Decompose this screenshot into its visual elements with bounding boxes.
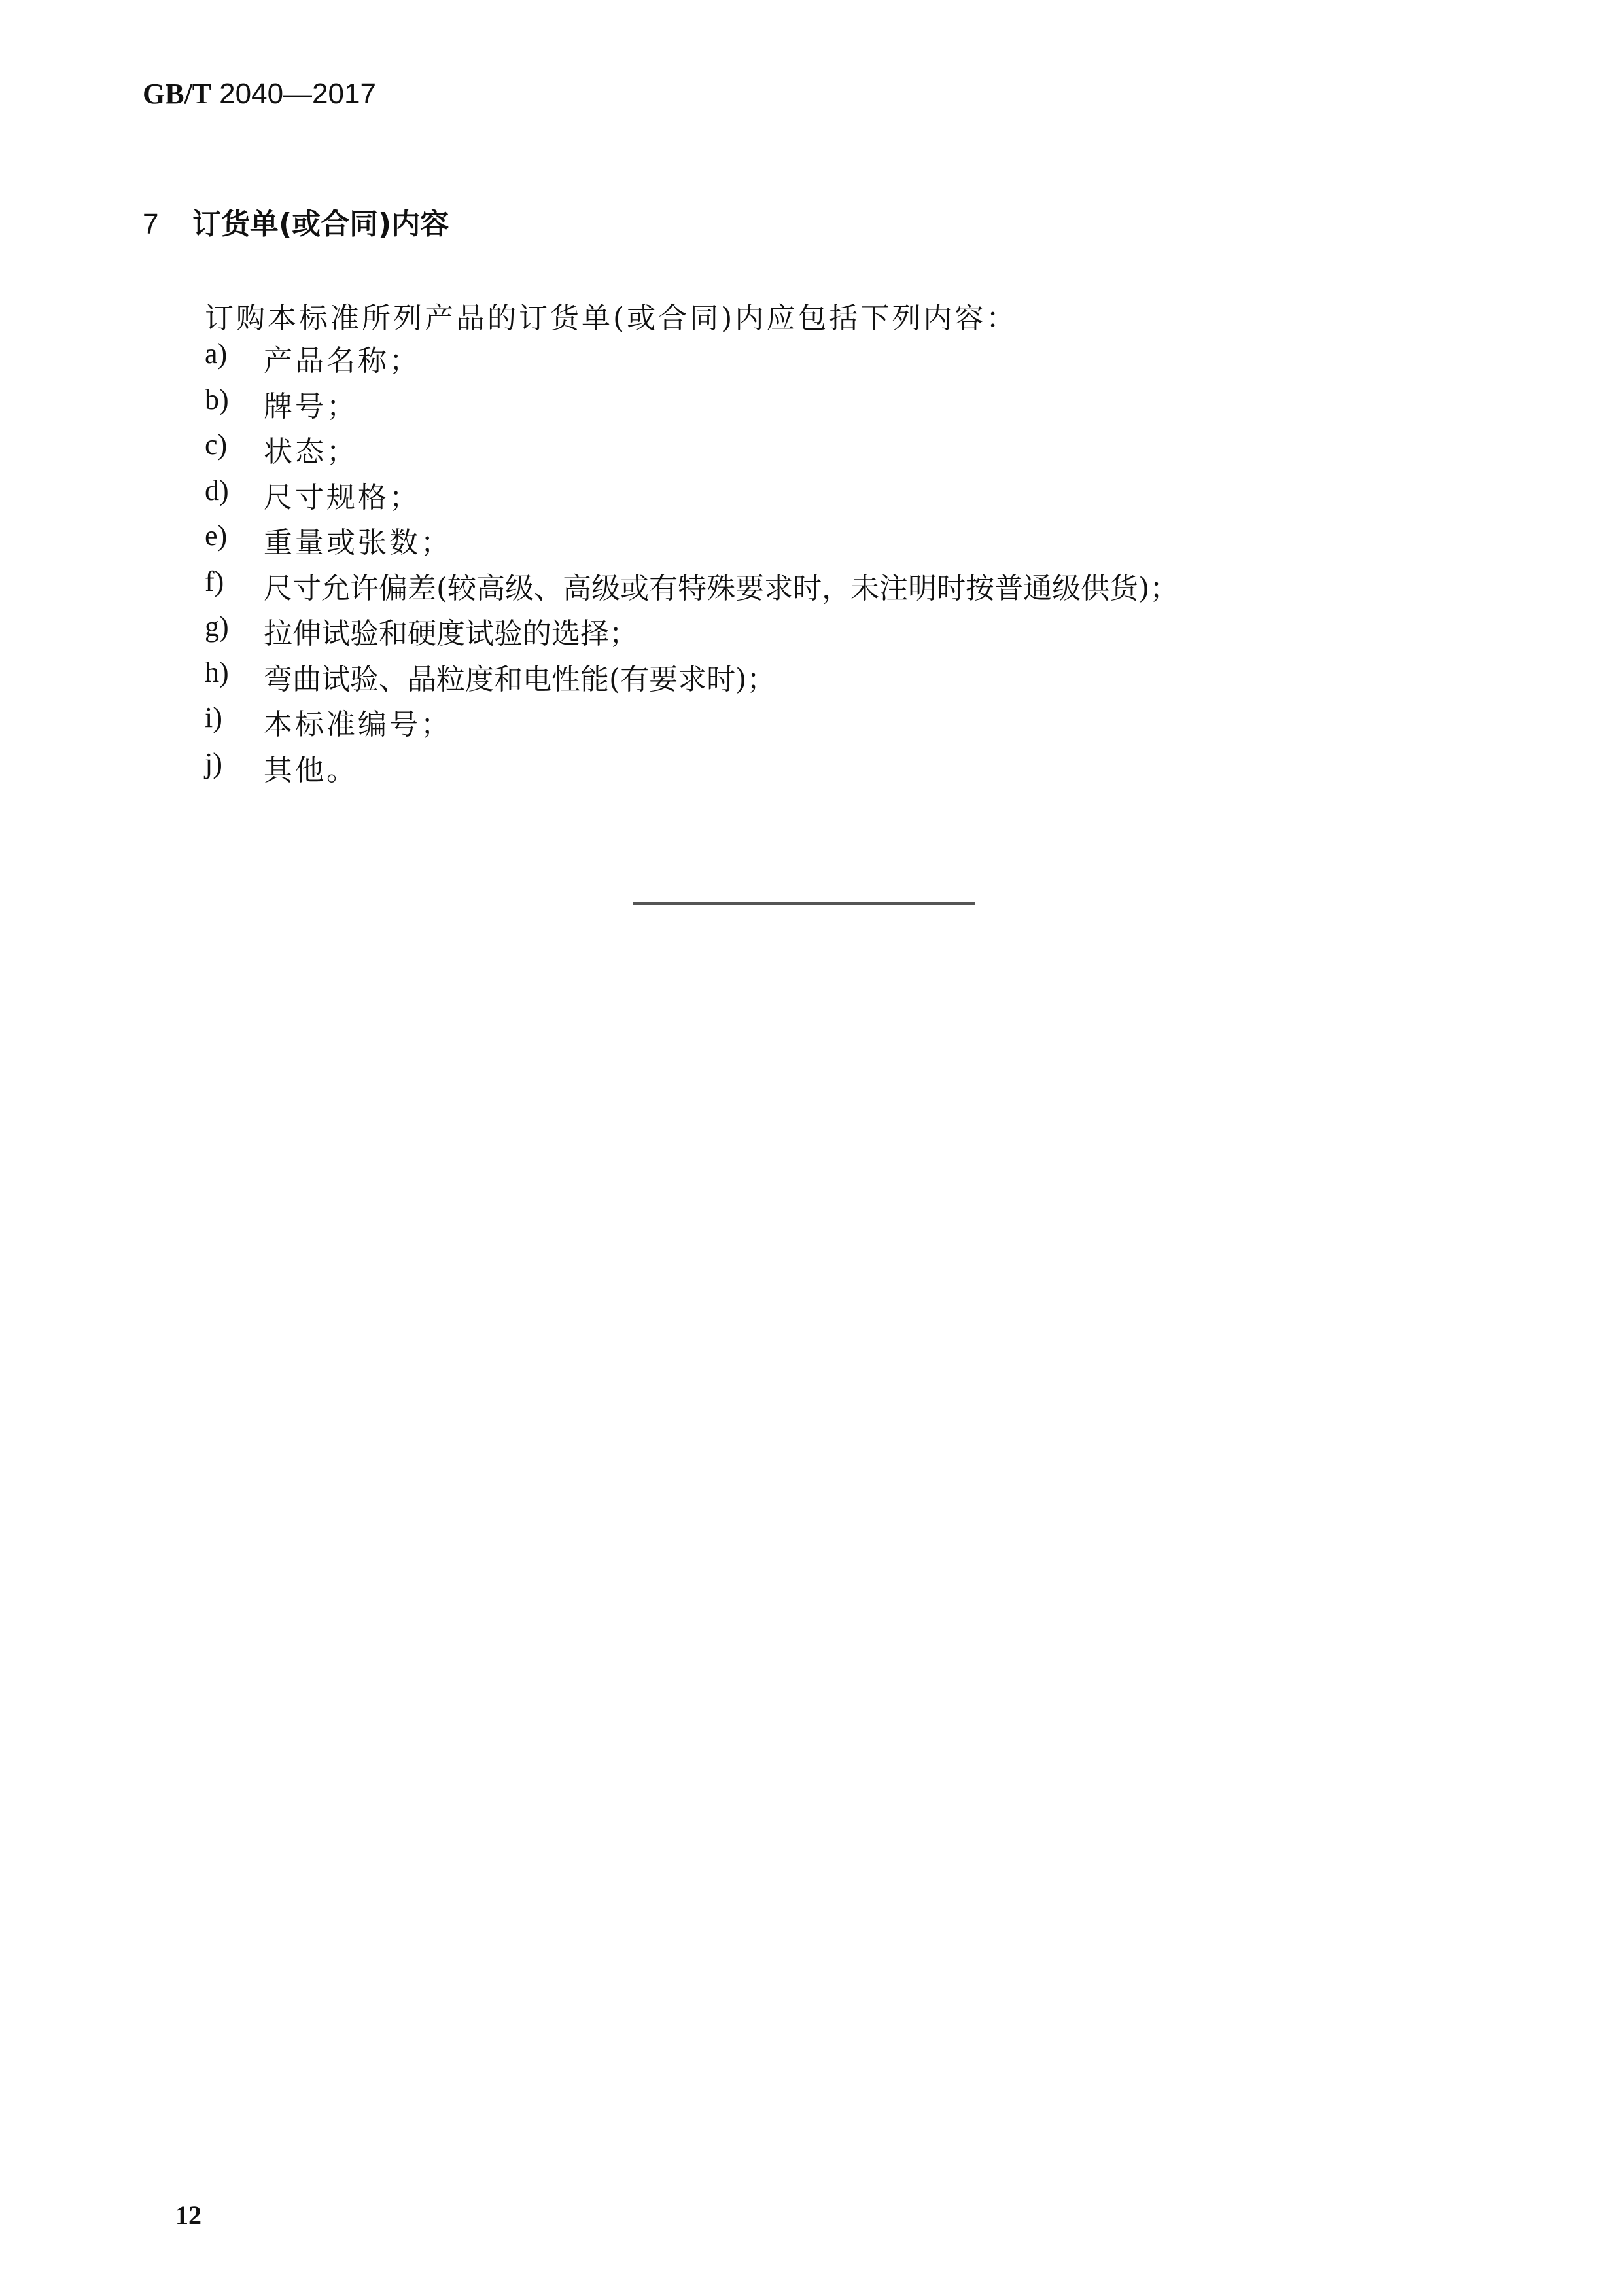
list-item: c)状态； <box>205 428 1178 474</box>
item-key: g) <box>205 610 264 656</box>
list-item: i)本标准编号； <box>205 701 1178 747</box>
item-text: 重量或张数； <box>264 519 452 565</box>
list-item: a)产品名称； <box>205 337 1178 383</box>
item-text: 拉伸试验和硬度试验的选择； <box>264 610 638 656</box>
list-item: h)弯曲试验、晶粒度和电性能(有要求时)； <box>205 656 1178 701</box>
item-text: 产品名称； <box>264 337 421 383</box>
item-key: h) <box>205 656 264 701</box>
item-key: i) <box>205 701 264 747</box>
item-text: 其他。 <box>264 747 358 792</box>
list-item: g)拉伸试验和硬度试验的选择； <box>205 610 1178 656</box>
item-text: 尺寸允许偏差(较高级、高级或有特殊要求时，未注明时按普通级供货)； <box>264 565 1178 610</box>
item-key: b) <box>205 383 264 429</box>
item-key: j) <box>205 747 264 792</box>
standard-prefix: GB/T <box>143 78 211 110</box>
item-key: f) <box>205 565 264 610</box>
item-key: d) <box>205 474 264 520</box>
list-item: f)尺寸允许偏差(较高级、高级或有特殊要求时，未注明时按普通级供货)； <box>205 565 1178 610</box>
list-item: b)牌号； <box>205 383 1178 429</box>
list-item: e)重量或张数； <box>205 519 1178 565</box>
item-key: a) <box>205 337 264 383</box>
intro-paragraph: 订购本标准所列产品的订货单(或合同)内应包括下列内容： <box>205 294 1017 336</box>
item-text: 弯曲试验、晶粒度和电性能(有要求时)； <box>264 656 775 701</box>
list-item: d)尺寸规格； <box>205 474 1178 520</box>
standard-number: 2040—2017 <box>219 78 376 110</box>
section-heading: 7订货单(或合同)内容 <box>143 200 449 242</box>
section-number: 7 <box>143 208 192 241</box>
item-text: 状态； <box>264 428 358 474</box>
item-text: 尺寸规格； <box>264 474 421 520</box>
item-text: 牌号； <box>264 383 358 429</box>
order-content-list: a)产品名称； b)牌号； c)状态； d)尺寸规格； e)重量或张数； f)尺… <box>205 337 1178 792</box>
item-text: 本标准编号； <box>264 701 452 747</box>
item-key: c) <box>205 428 264 474</box>
item-key: e) <box>205 519 264 565</box>
page-number: 12 <box>175 2200 201 2231</box>
list-item: j)其他。 <box>205 747 1178 792</box>
section-title: 订货单(或合同)内容 <box>192 207 449 241</box>
document-header: GB/T2040—2017 <box>143 77 376 111</box>
end-of-section-rule <box>633 902 975 905</box>
